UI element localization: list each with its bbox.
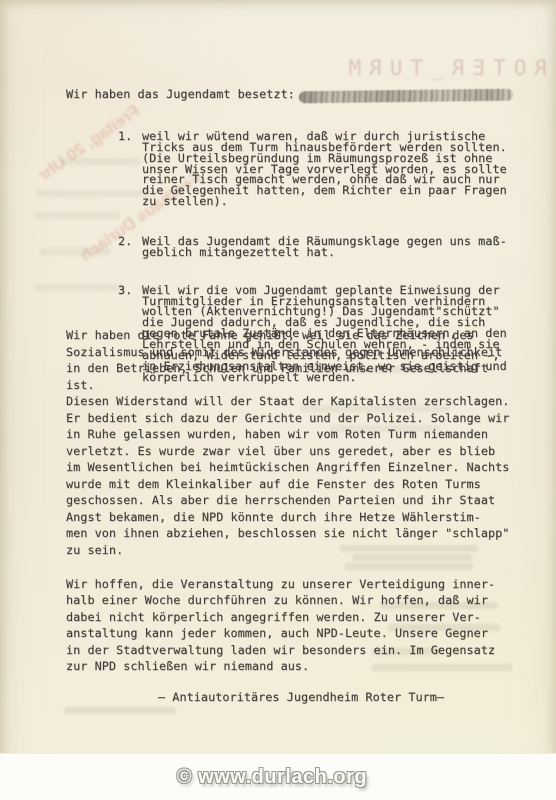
paragraph-rote-fahne: Wir haben die rote Fahne gehißt, weil si… <box>66 327 509 558</box>
redaction-smudge <box>299 89 513 104</box>
signature-line: – Antiautoritäres Jugendheim Roter Turm– <box>158 691 444 704</box>
bleedthrough-smudge <box>34 284 124 291</box>
scanned-document-page: ROTER_TURM Freitag, 20 Uhr Festhaus Durl… <box>0 0 556 800</box>
bleedthrough-smudge <box>345 563 473 570</box>
bleedthrough-mirrored-title: ROTER_TURM <box>297 56 547 80</box>
paragraph-veranstaltung: Wir hoffen, die Veranstaltung zu unserer… <box>66 576 495 674</box>
list-item-text: Weil das Jugendamt die Räumungsklage geg… <box>142 236 507 258</box>
watermark-strip: © www.durlach.org <box>0 753 556 800</box>
bleedthrough-smudge <box>64 707 176 714</box>
list-item-number: 2. <box>118 236 142 258</box>
list-item-number: 1. <box>118 131 142 207</box>
intro-line: Wir haben das Jugendamt besetzt: <box>66 88 295 100</box>
list-item: 2. Weil das Jugendamt die Räumungsklage … <box>118 236 507 258</box>
watermark-text: © www.durlach.org <box>177 766 379 789</box>
list-item-text: weil wir wütend waren, daß wir durch jur… <box>142 131 507 207</box>
bleedthrough-smudge <box>34 212 120 219</box>
list-item: 1. weil wir wütend waren, daß wir durch … <box>118 131 507 207</box>
bleedthrough-smudge <box>40 248 110 255</box>
